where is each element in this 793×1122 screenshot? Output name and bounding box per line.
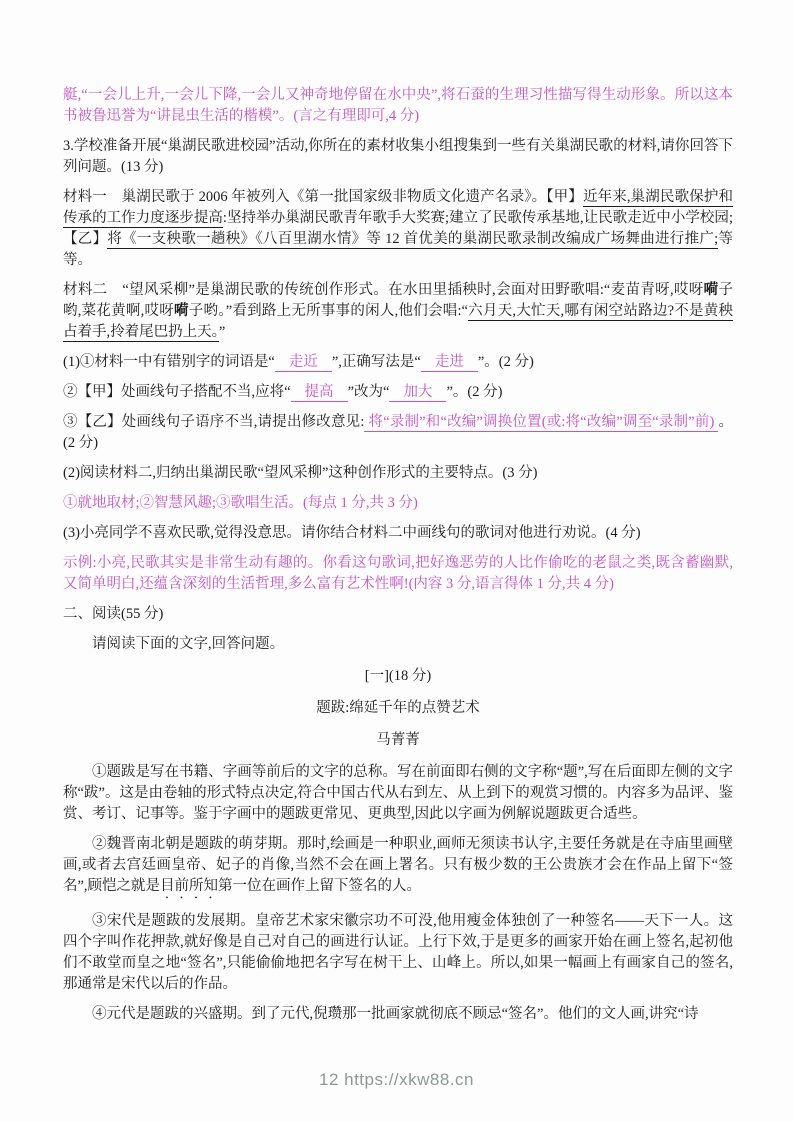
text-run: ③【乙】处画线句子语序不当,请提出修改意见:: [63, 414, 364, 430]
emphasized-text: 目前所知: [160, 878, 218, 894]
passage-para-2: ②魏晋南北朝是题跋的萌芽期。那时,绘画是一种职业,画师无须读书认字,主要任务就是…: [63, 834, 733, 902]
text-run: 材料二 “望风采柳”是巢湖民歌的传统创作形式。在水田里插秧时,会面对田野歌唱:“…: [63, 282, 704, 298]
underlined-sentence-yi: 将《一支秧歌一趟秧》《八百里湖水情》等 12 首优美的巢湖民歌录制改编成广场舞曲…: [107, 231, 718, 249]
text-run: 嗬: [704, 282, 719, 298]
section-2-heading: 二、阅读(55 分): [63, 604, 733, 625]
document-body: 艇,“一会儿上升,一会儿下降,一会儿又神奇地停留在水中央”,将石蚕的生理习性描写…: [63, 76, 733, 1034]
text-run: ③宋代是题跋的发展期。皇帝艺术家宋徽宗功不可没,他用瘦金体独创了一种签名——天下…: [63, 913, 733, 992]
material-2: 材料二 “望风采柳”是巢湖民歌的传统创作形式。在水田里插秧时,会面对田野歌唱:“…: [63, 280, 733, 343]
question-3-1-2: ②【甲】处画线句子搭配不当,应将“提高”改为“加大”。(2 分): [63, 382, 733, 403]
text-run: ”改为“: [348, 384, 390, 400]
question-3-3: (3)小亮同学不喜欢民歌,觉得没意思。请你结合材料二中画线句的歌词对他进行劝说。…: [63, 523, 733, 544]
text-run: 3.学校准备开展“巢湖民歌进校园”活动,你所在的素材收集小组搜集到一些有关巢湖民…: [63, 138, 733, 175]
text-run: (2)阅读材料二,归纳出巢湖民歌“望风采柳”这种创作形式的主要特点。(3 分): [63, 465, 537, 481]
text-run: ”。(2 分): [478, 354, 534, 370]
answer-3-3: 示例:小亮,民歌其实是非常生动有趣的。你看这句歌词,把好逸恶劳的人比作偷吃的老鼠…: [63, 553, 733, 595]
text-run: ”。(2 分): [446, 384, 502, 400]
text-run: ②【甲】处画线句子搭配不当,应将“: [63, 384, 291, 400]
question-3-stem: 3.学校准备开展“巢湖民歌进校园”活动,你所在的素材收集小组搜集到一些有关巢湖民…: [63, 136, 733, 178]
passage-para-3: ③宋代是题跋的发展期。皇帝艺术家宋徽宗功不可没,他用瘦金体独创了一种签名——天下…: [63, 911, 733, 995]
text-run: ①就地取材;②智慧风趣;③歌唱生活。(每点 1 分,共 3 分): [63, 495, 418, 511]
reading-instruction: 请阅读下面的文字,回答问题。: [63, 634, 733, 655]
answer-blank: 走近: [275, 354, 332, 372]
question-3-1: (1)①材料一中有错别字的词语是“走近”,正确写法是“走进”。(2 分): [63, 352, 733, 373]
passage-number: [一](18 分): [63, 666, 733, 687]
passage-para-4: ④元代是题跋的兴盛期。到了元代,倪瓒那一批画家就彻底不顾忌“签名”。他们的文人画…: [63, 1004, 733, 1025]
text-run: 艇,“一会儿上升,一会儿下降,一会儿又神奇地停留在水中央”,将石蚕的生理习性描写…: [63, 87, 733, 124]
text-run: ④元代是题跋的兴盛期。到了元代,倪瓒那一批画家就彻底不顾忌“签名”。他们的文人画…: [92, 1006, 699, 1022]
passage-title: 题跋:绵延千年的点赞艺术: [63, 698, 733, 719]
answer-continuation: 艇,“一会儿上升,一会儿下降,一会儿又神奇地停留在水中央”,将石蚕的生理习性描写…: [63, 85, 733, 127]
text-run: ①题跋是写在书籍、字画等前后的文字的总称。写在前面即右侧的文字称“题”,写在后面…: [63, 764, 733, 822]
text-run: 示例:小亮,民歌其实是非常生动有趣的。你看这句歌词,把好逸恶劳的人比作偷吃的老鼠…: [63, 555, 733, 592]
question-3-2: (2)阅读材料二,归纳出巢湖民歌“望风采柳”这种创作形式的主要特点。(3 分): [63, 463, 733, 484]
material-1: 材料一 巢湖民歌于 2006 年被列入《第一批国家级非物质文化遗产名录》。【甲】…: [63, 187, 733, 271]
exam-page: 艇,“一会儿上升,一会儿下降,一会儿又神奇地停留在水中央”,将石蚕的生理习性描写…: [0, 0, 793, 1122]
text-run: 第一位在画作上留下签名的人。: [218, 878, 421, 894]
text-run: ”: [219, 324, 225, 340]
text-run: 嗬: [174, 303, 189, 319]
answer-blank: 加大: [389, 384, 446, 402]
answer-blank: 走进: [421, 354, 478, 372]
text-run: [一](18 分): [365, 668, 431, 684]
answer-blank: 提高: [291, 384, 348, 402]
text-run: (3)小亮同学不喜欢民歌,觉得没意思。请你结合材料二中画线句的歌词对他进行劝说。…: [63, 525, 641, 541]
text-run: 马菁菁: [376, 732, 420, 748]
text-run: ”,正确写法是“: [332, 354, 421, 370]
text-run: (1)①材料一中有错别字的词语是“: [63, 354, 275, 370]
text-run: 请阅读下面的文字,回答问题。: [92, 636, 284, 652]
page-footer: 12 https://xkw88.cn: [0, 1070, 793, 1090]
text-run: 子哟。”看到路上无所事事的闲人,他们会唱:“: [189, 303, 468, 319]
answer-3-2: ①就地取材;②智慧风趣;③歌唱生活。(每点 1 分,共 3 分): [63, 493, 733, 514]
text-run: 题跋:绵延千年的点赞艺术: [316, 700, 480, 716]
answer-blank: 将“录制”和“改编”调换位置(或:将“改编”调至“录制”前): [364, 414, 718, 432]
passage-para-1: ①题跋是写在书籍、字画等前后的文字的总称。写在前面即右侧的文字称“题”,写在后面…: [63, 762, 733, 825]
passage-author: 马菁菁: [63, 730, 733, 751]
question-3-1-3: ③【乙】处画线句子语序不当,请提出修改意见:将“录制”和“改编”调换位置(或:将…: [63, 412, 733, 454]
text-run: 二、阅读(55 分): [63, 606, 163, 622]
text-run: 材料一 巢湖民歌于 2006 年被列入《第一批国家级非物质文化遗产名录》。【甲】: [63, 189, 583, 205]
